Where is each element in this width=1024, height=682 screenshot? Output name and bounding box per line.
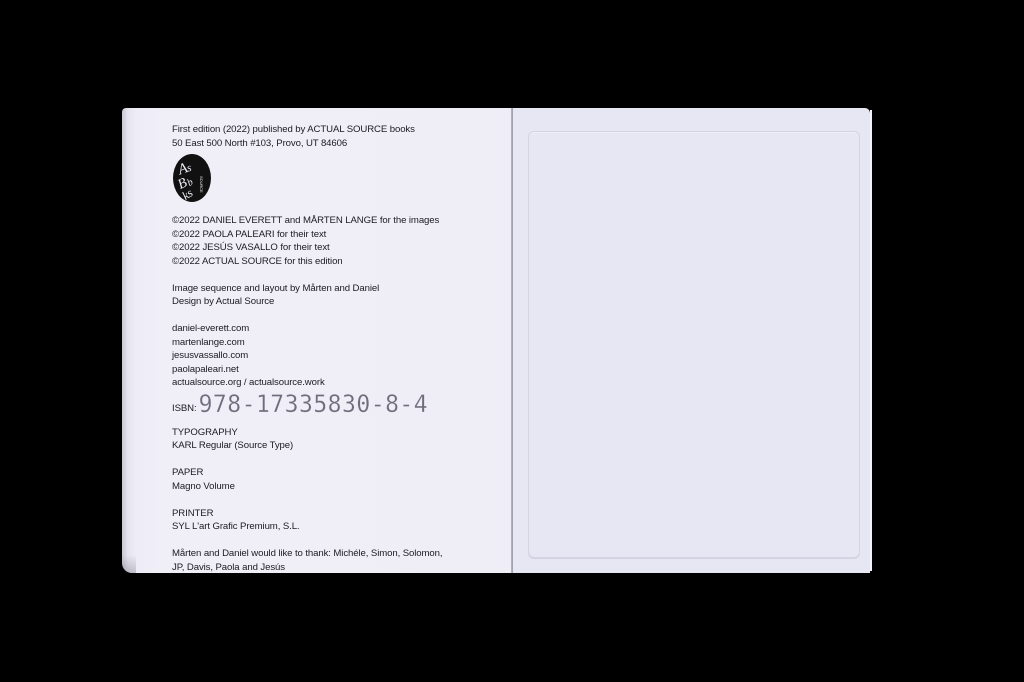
thanks-line: JP, Davis, Paola and Jesús (172, 561, 502, 575)
website-line: actualsource.org / actualsource.work (172, 376, 502, 390)
credit-line: Design by Actual Source (172, 295, 502, 309)
thanks-line: Mårten and Daniel would like to thank: M… (172, 547, 502, 561)
copyright-line: ©2022 PAOLA PALEARI for their text (172, 228, 502, 242)
website-line: daniel-everett.com (172, 322, 502, 336)
photo-stage: First edition (2022) published by ACTUAL… (0, 0, 1024, 682)
printer-heading: PRINTER (172, 507, 502, 521)
website-line: paolapaleari.net (172, 363, 502, 377)
paper-value: Magno Volume (172, 480, 502, 494)
isbn-number: 978-17335830-8-4 (199, 392, 429, 415)
address-line: 50 East 500 North #103, Provo, UT 84606 (172, 137, 502, 151)
embossed-frame (528, 131, 860, 558)
copyright-line: ©2022 DANIEL EVERETT and MÅRTEN LANGE fo… (172, 214, 502, 228)
printer-value: SYL L'art Grafic Premium, S.L. (172, 520, 502, 534)
credit-line: Image sequence and layout by Mårten and … (172, 282, 502, 296)
right-page-blank (513, 108, 870, 573)
svg-text:SOURCE: SOURCE (199, 176, 204, 193)
typography-heading: TYPOGRAPHY (172, 426, 502, 440)
copyright-line: ©2022 ACTUAL SOURCE for this edition (172, 255, 502, 269)
isbn-row: ISBN: 978-17335830-8-4 (172, 392, 502, 416)
paper-heading: PAPER (172, 466, 502, 480)
website-line: jesusvassallo.com (172, 349, 502, 363)
isbn-label: ISBN: (172, 402, 197, 416)
website-line: martenlange.com (172, 336, 502, 350)
colophon-text: First edition (2022) published by ACTUAL… (172, 123, 502, 574)
page-edge (870, 110, 872, 571)
copyright-line: ©2022 JESÚS VASALLO for their text (172, 241, 502, 255)
publisher-logo-icon: A s B b ks SOURCE (172, 153, 212, 203)
publisher-line: First edition (2022) published by ACTUAL… (172, 123, 502, 137)
typography-value: KARL Regular (Source Type) (172, 439, 502, 453)
